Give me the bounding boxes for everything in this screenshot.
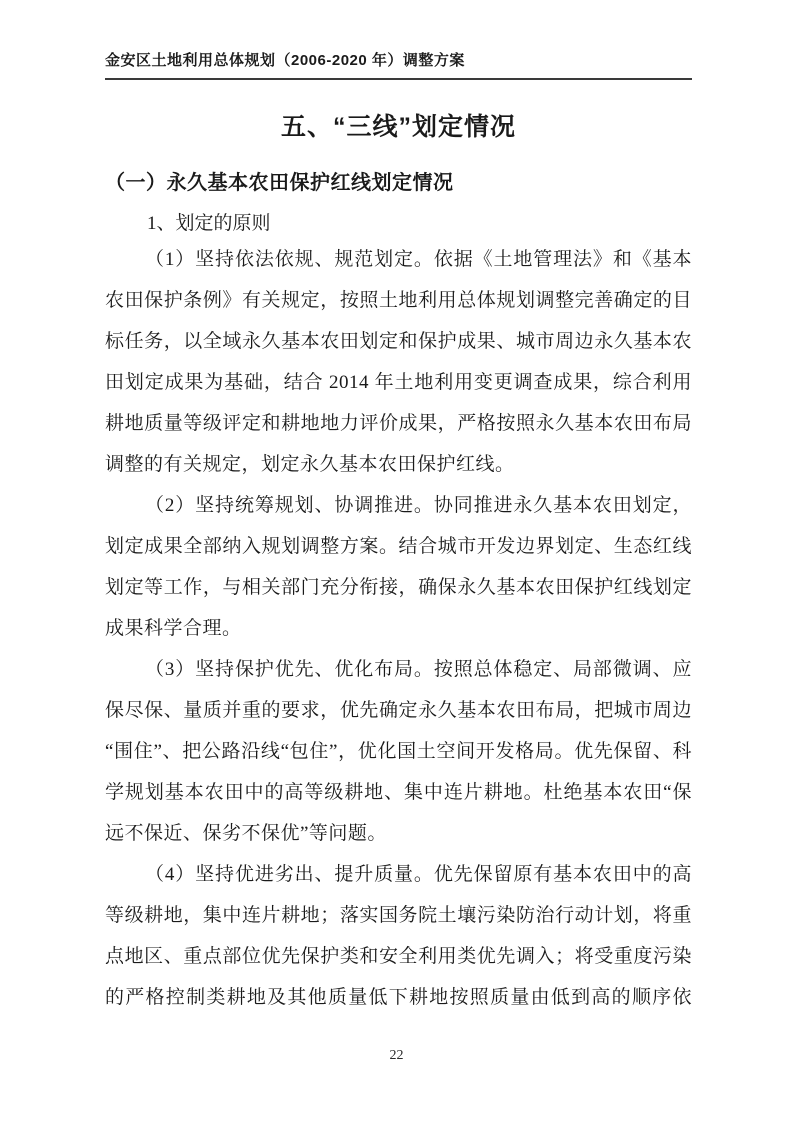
text-line: 的严格控制类耕地及其他质量低下耕地按照质量由低到高的顺序依 [105, 977, 692, 1018]
document-page: 金安区土地利用总体规划（2006-2020 年）调整方案 五、“三线”划定情况 … [0, 0, 793, 1122]
header-rule [105, 78, 692, 80]
text-line: 成果科学合理。 [105, 608, 692, 649]
subsection-heading: 1、划定的原则 [105, 210, 692, 237]
paragraph: （4）坚持优进劣出、提升质量。优先保留原有基本农田中的高 等级耕地，集中连片耕地… [105, 854, 692, 1018]
text-line: （3）坚持保护优先、优化布局。按照总体稳定、局部微调、应 [105, 649, 692, 690]
text-line: 点地区、重点部位优先保护类和安全利用类优先调入；将受重度污染 [105, 936, 692, 977]
paragraph: （2）坚持统筹规划、协调推进。协同推进永久基本农田划定， 划定成果全部纳入规划调… [105, 485, 692, 649]
text-line: （4）坚持优进劣出、提升质量。优先保留原有基本农田中的高 [105, 854, 692, 895]
page-number: 22 [0, 1048, 793, 1064]
text-line: 耕地质量等级评定和耕地地力评价成果，严格按照永久基本农田布局 [105, 403, 692, 444]
text-line: 田划定成果为基础，结合 2014 年土地利用变更调查成果，综合利用 [105, 362, 692, 403]
text-line: 划定成果全部纳入规划调整方案。结合城市开发边界划定、生态红线 [105, 526, 692, 567]
text-line: （1）坚持依法依规、规范划定。依据《土地管理法》和《基本 [105, 239, 692, 280]
page-content: 金安区土地利用总体规划（2006-2020 年）调整方案 五、“三线”划定情况 … [105, 0, 692, 1018]
text-line: 等级耕地，集中连片耕地；落实国务院土壤污染防治行动计划，将重 [105, 895, 692, 936]
section-heading: （一）永久基本农田保护红线划定情况 [105, 170, 692, 197]
text-line: （2）坚持统筹规划、协调推进。协同推进永久基本农田划定， [105, 485, 692, 526]
paragraph: （3）坚持保护优先、优化布局。按照总体稳定、局部微调、应 保尽保、量质并重的要求… [105, 649, 692, 854]
body-text: （1）坚持依法依规、规范划定。依据《土地管理法》和《基本 农田保护条例》有关规定… [105, 239, 692, 1018]
text-line: 划定等工作，与相关部门充分衔接，确保永久基本农田保护红线划定 [105, 567, 692, 608]
text-line: “围住”、把公路沿线“包住”，优化国土空间开发格局。优先保留、科 [105, 731, 692, 772]
page-header-title: 金安区土地利用总体规划（2006-2020 年）调整方案 [105, 0, 692, 71]
text-line: 学规划基本农田中的高等级耕地、集中连片耕地。杜绝基本农田“保 [105, 772, 692, 813]
document-title: 五、“三线”划定情况 [105, 111, 692, 143]
text-line: 保尽保、量质并重的要求，优先确定永久基本农田布局，把城市周边 [105, 690, 692, 731]
paragraph: （1）坚持依法依规、规范划定。依据《土地管理法》和《基本 农田保护条例》有关规定… [105, 239, 692, 485]
text-line: 远不保近、保劣不保优”等问题。 [105, 813, 692, 854]
text-line: 农田保护条例》有关规定，按照土地利用总体规划调整完善确定的目 [105, 280, 692, 321]
text-line: 标任务，以全域永久基本农田划定和保护成果、城市周边永久基本农 [105, 321, 692, 362]
text-line: 调整的有关规定，划定永久基本农田保护红线。 [105, 444, 692, 485]
